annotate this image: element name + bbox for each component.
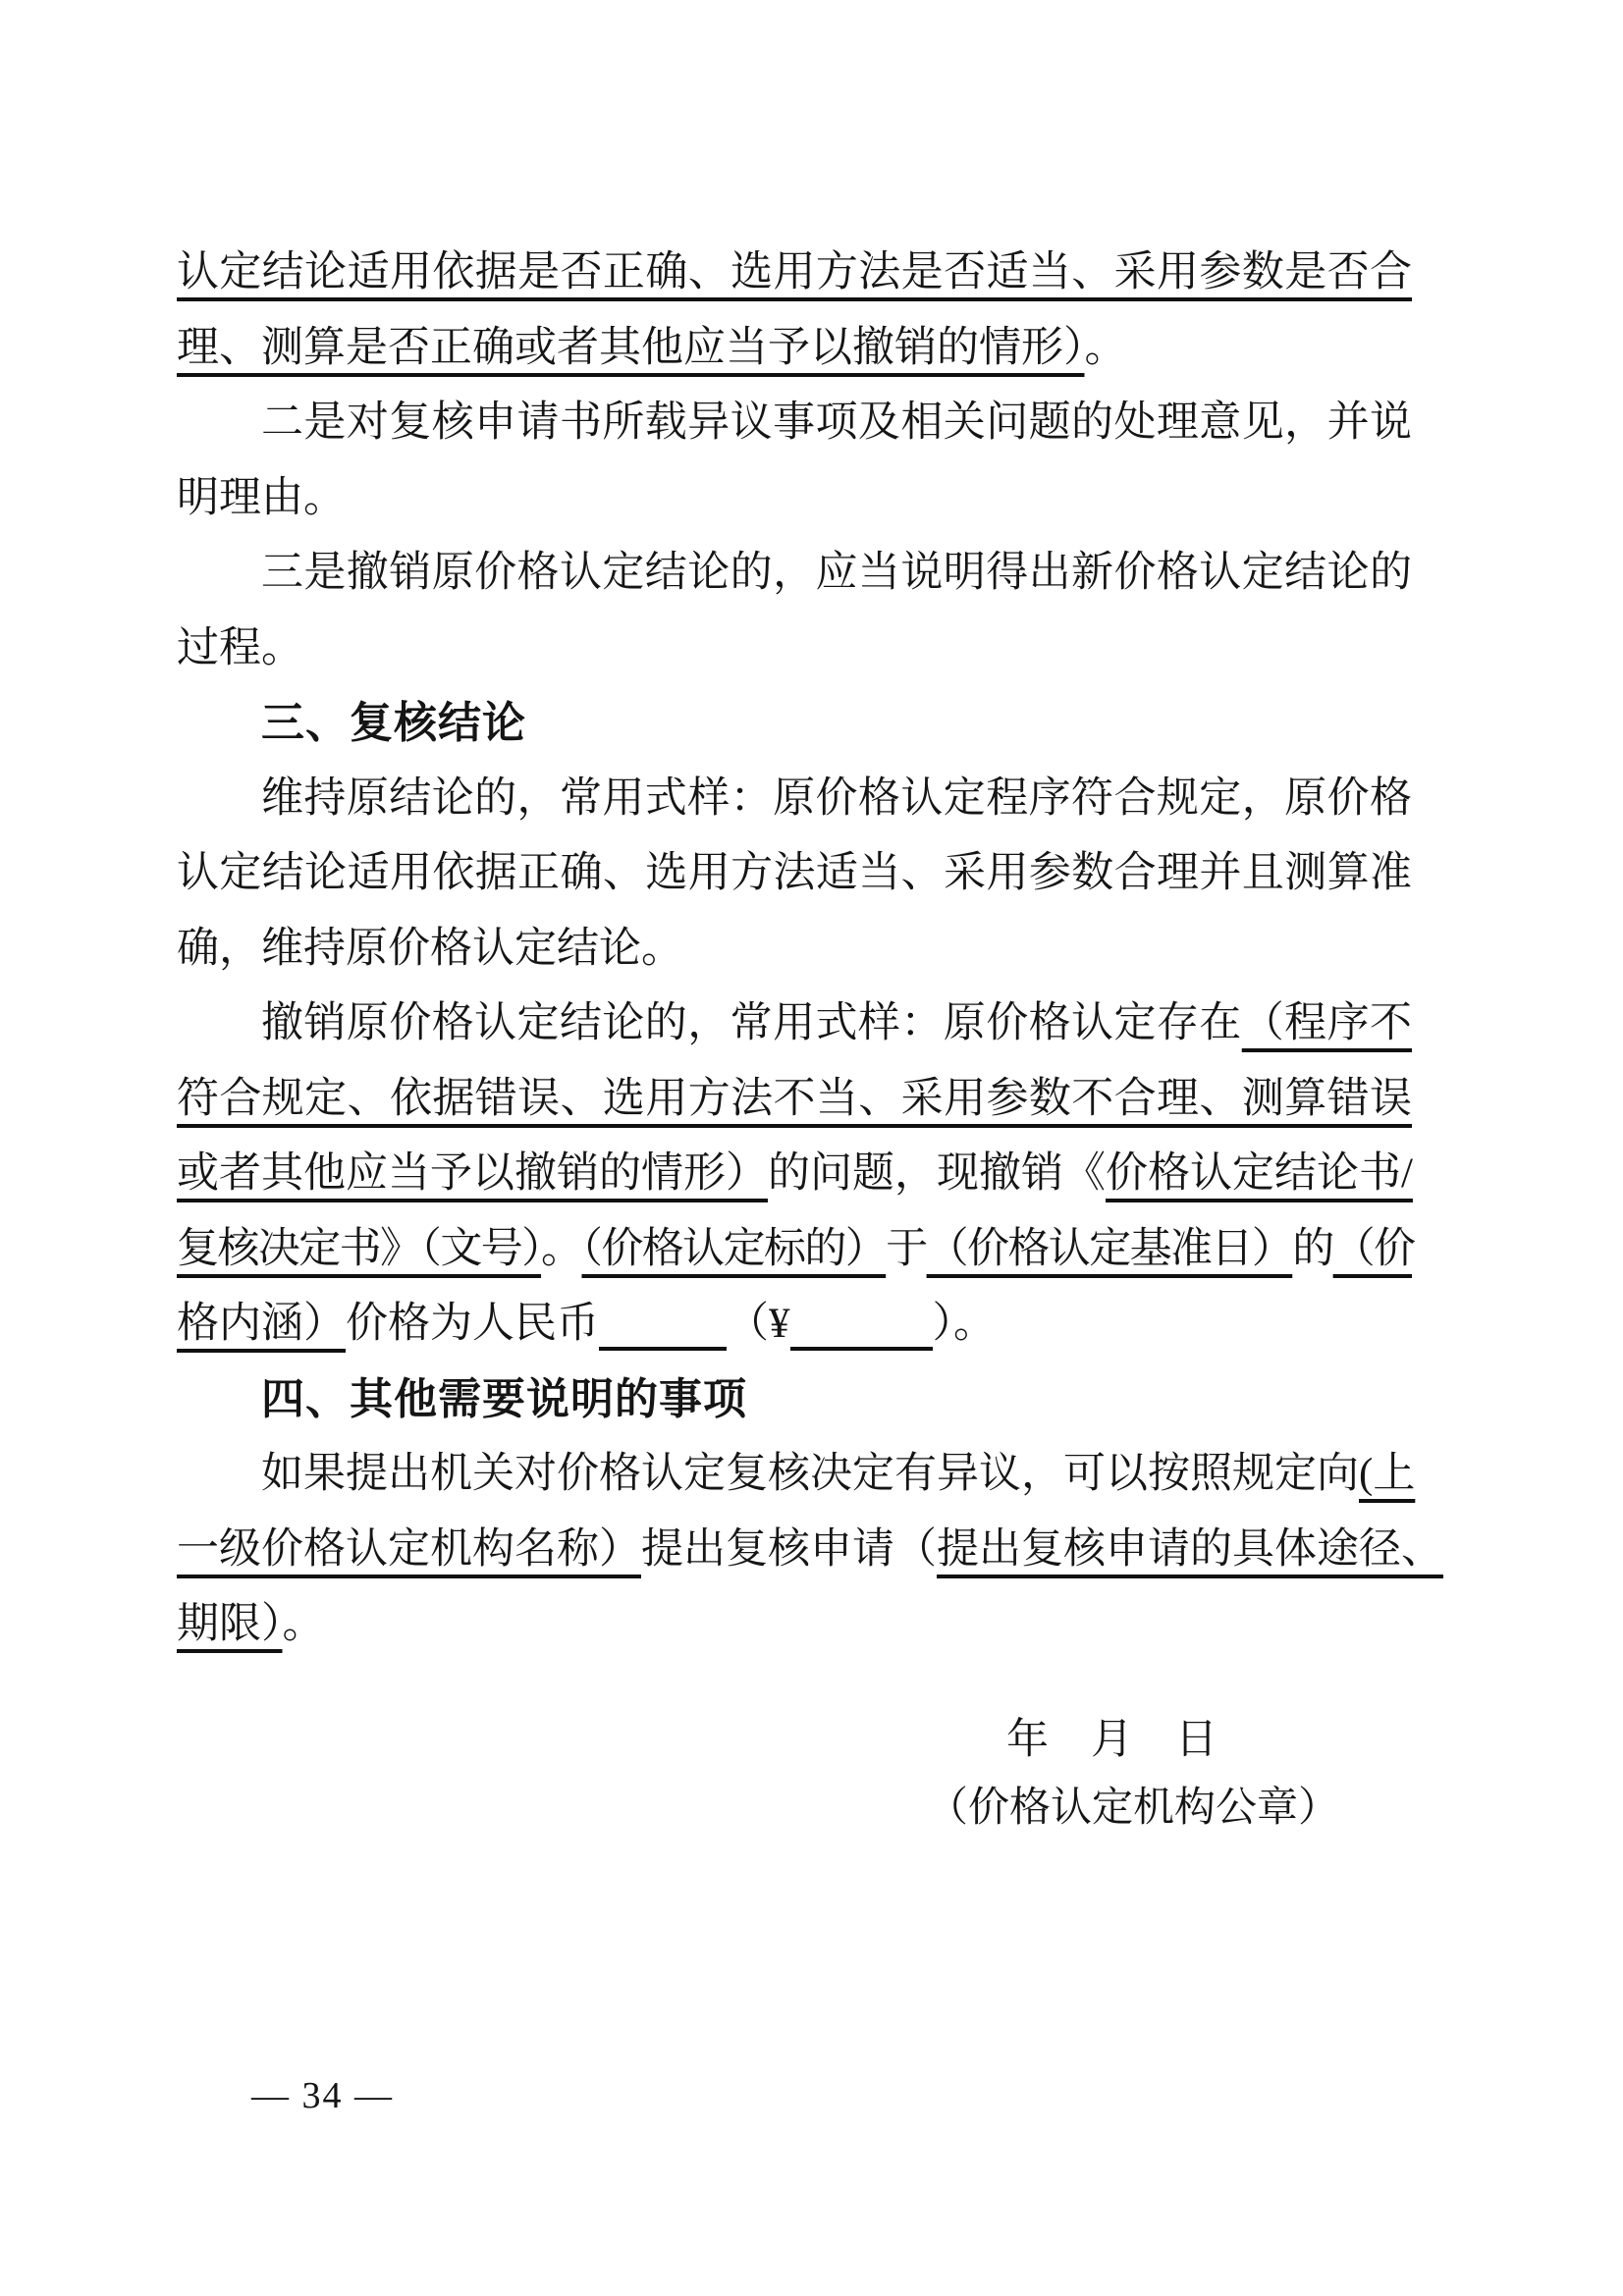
- underlined-segment: 理、测算是否正确或者其他应当予以撤销的情形）: [177, 325, 1085, 371]
- text-segment: 确，维持原价格认定结论。: [177, 926, 683, 972]
- underlined-segment: 提出复核申请的具体途径、: [937, 1526, 1443, 1573]
- text-segment: 二是对复核申请书所载异议事项及相关问题的处理意见，并说: [261, 400, 1412, 446]
- text-segment: 价格为人民币: [346, 1301, 599, 1347]
- text-segment: 。: [1085, 325, 1127, 371]
- text-line: 符合规定、依据错误、选用方法不当、采用参数不合理、测算错误: [177, 1062, 1412, 1138]
- text-segment: 。: [283, 1601, 325, 1647]
- blank-field: [790, 1347, 933, 1351]
- section-heading: 三、复核结论: [177, 686, 1412, 762]
- underlined-segment: 格内涵）: [177, 1301, 346, 1347]
- text-line: 一级价格认定机构名称）提出复核申请（提出复核申请的具体途径、: [177, 1513, 1412, 1588]
- text-line: 认定结论适用依据正确、选用方法适当、采用参数合理并且测算准: [177, 836, 1412, 912]
- text-line: 确，维持原价格认定结论。: [177, 912, 1412, 988]
- text-line: 三是撤销原价格认定结论的，应当说明得出新价格认定结论的: [177, 536, 1412, 612]
- text-segment: 的问题，现撤销《: [768, 1150, 1106, 1197]
- text-line: 过程。: [177, 612, 1412, 687]
- text-segment: 的: [1292, 1226, 1332, 1272]
- section-heading: 四、其他需要说明的事项: [177, 1362, 1412, 1438]
- underlined-segment: (上: [1359, 1451, 1415, 1497]
- text-line: 理、测算是否正确或者其他应当予以撤销的情形）。: [177, 311, 1412, 387]
- page-number: — 34 —: [251, 2073, 394, 2118]
- text-line: 认定结论适用依据是否正确、选用方法是否适当、采用参数是否合: [177, 236, 1412, 311]
- underlined-segment: （价: [1333, 1226, 1412, 1272]
- document-body: 认定结论适用依据是否正确、选用方法是否适当、采用参数是否合理、测算是否正确或者其…: [177, 236, 1412, 1663]
- text-segment: 如果提出机关对价格认定复核决定有异议，可以按照规定向: [261, 1451, 1359, 1497]
- blank-field: [599, 1347, 727, 1351]
- text-segment: 撤销原价格认定结论的，常用式样：原价格认定存在: [261, 1000, 1242, 1046]
- underlined-segment: 期限）: [177, 1601, 283, 1647]
- text-line: 期限）。: [177, 1587, 1412, 1663]
- text-segment: 三、复核结论: [261, 699, 526, 747]
- text-line: 格内涵）价格为人民币（¥）。: [177, 1287, 1412, 1362]
- underlined-segment: 或者其他应当予以撤销的情形）: [177, 1150, 768, 1197]
- text-segment: （¥: [727, 1301, 790, 1347]
- text-segment: 于: [886, 1226, 926, 1272]
- text-line: 如果提出机关对价格认定复核决定有异议，可以按照规定向(上: [177, 1437, 1412, 1513]
- text-segment: 维持原结论的，常用式样：原价格认定程序符合规定，原价格: [261, 775, 1412, 822]
- text-segment: ）。: [933, 1301, 997, 1347]
- date-line: 年 月 日: [1006, 1711, 1217, 1770]
- document-page: 认定结论适用依据是否正确、选用方法是否适当、采用参数是否合理、测算是否正确或者其…: [0, 0, 1623, 2296]
- underlined-segment: 符合规定、依据错误、选用方法不当、采用参数不合理、测算错误: [177, 1076, 1412, 1122]
- underlined-segment: 认定结论适用依据是否正确、选用方法是否适当、采用参数是否合: [177, 249, 1412, 295]
- text-line: 二是对复核申请书所载异议事项及相关问题的处理意见，并说: [177, 386, 1412, 461]
- text-segment: 提出复核申请（: [641, 1526, 937, 1573]
- text-segment: 四、其他需要说明的事项: [261, 1375, 747, 1423]
- underlined-segment: （价格认定标的）: [581, 1226, 886, 1272]
- underlined-segment: 价格认定结论书/: [1106, 1150, 1413, 1197]
- underlined-segment: 复核决定书》（文号）: [177, 1226, 541, 1272]
- text-line: 复核决定书》（文号）。（价格认定标的）于（价格认定基准日）的（价: [177, 1212, 1412, 1288]
- text-segment: 明理由。: [177, 475, 346, 521]
- underlined-segment: （价格认定基准日）: [927, 1226, 1293, 1272]
- text-segment: 认定结论适用依据正确、选用方法适当、采用参数合理并且测算准: [177, 850, 1412, 896]
- text-segment: 三是撤销原价格认定结论的，应当说明得出新价格认定结论的: [261, 550, 1412, 596]
- text-segment: 。: [541, 1226, 581, 1272]
- text-line: 或者其他应当予以撤销的情形）的问题，现撤销《价格认定结论书/: [177, 1137, 1412, 1212]
- text-line: 明理由。: [177, 461, 1412, 537]
- underlined-segment: （程序不: [1242, 1000, 1412, 1046]
- text-line: 撤销原价格认定结论的，常用式样：原价格认定存在（程序不: [177, 987, 1412, 1062]
- text-segment: 过程。: [177, 625, 303, 671]
- text-line: 维持原结论的，常用式样：原价格认定程序符合规定，原价格: [177, 762, 1412, 837]
- seal-line: （价格认定机构公章）: [927, 1779, 1339, 1838]
- underlined-segment: 一级价格认定机构名称）: [177, 1526, 641, 1573]
